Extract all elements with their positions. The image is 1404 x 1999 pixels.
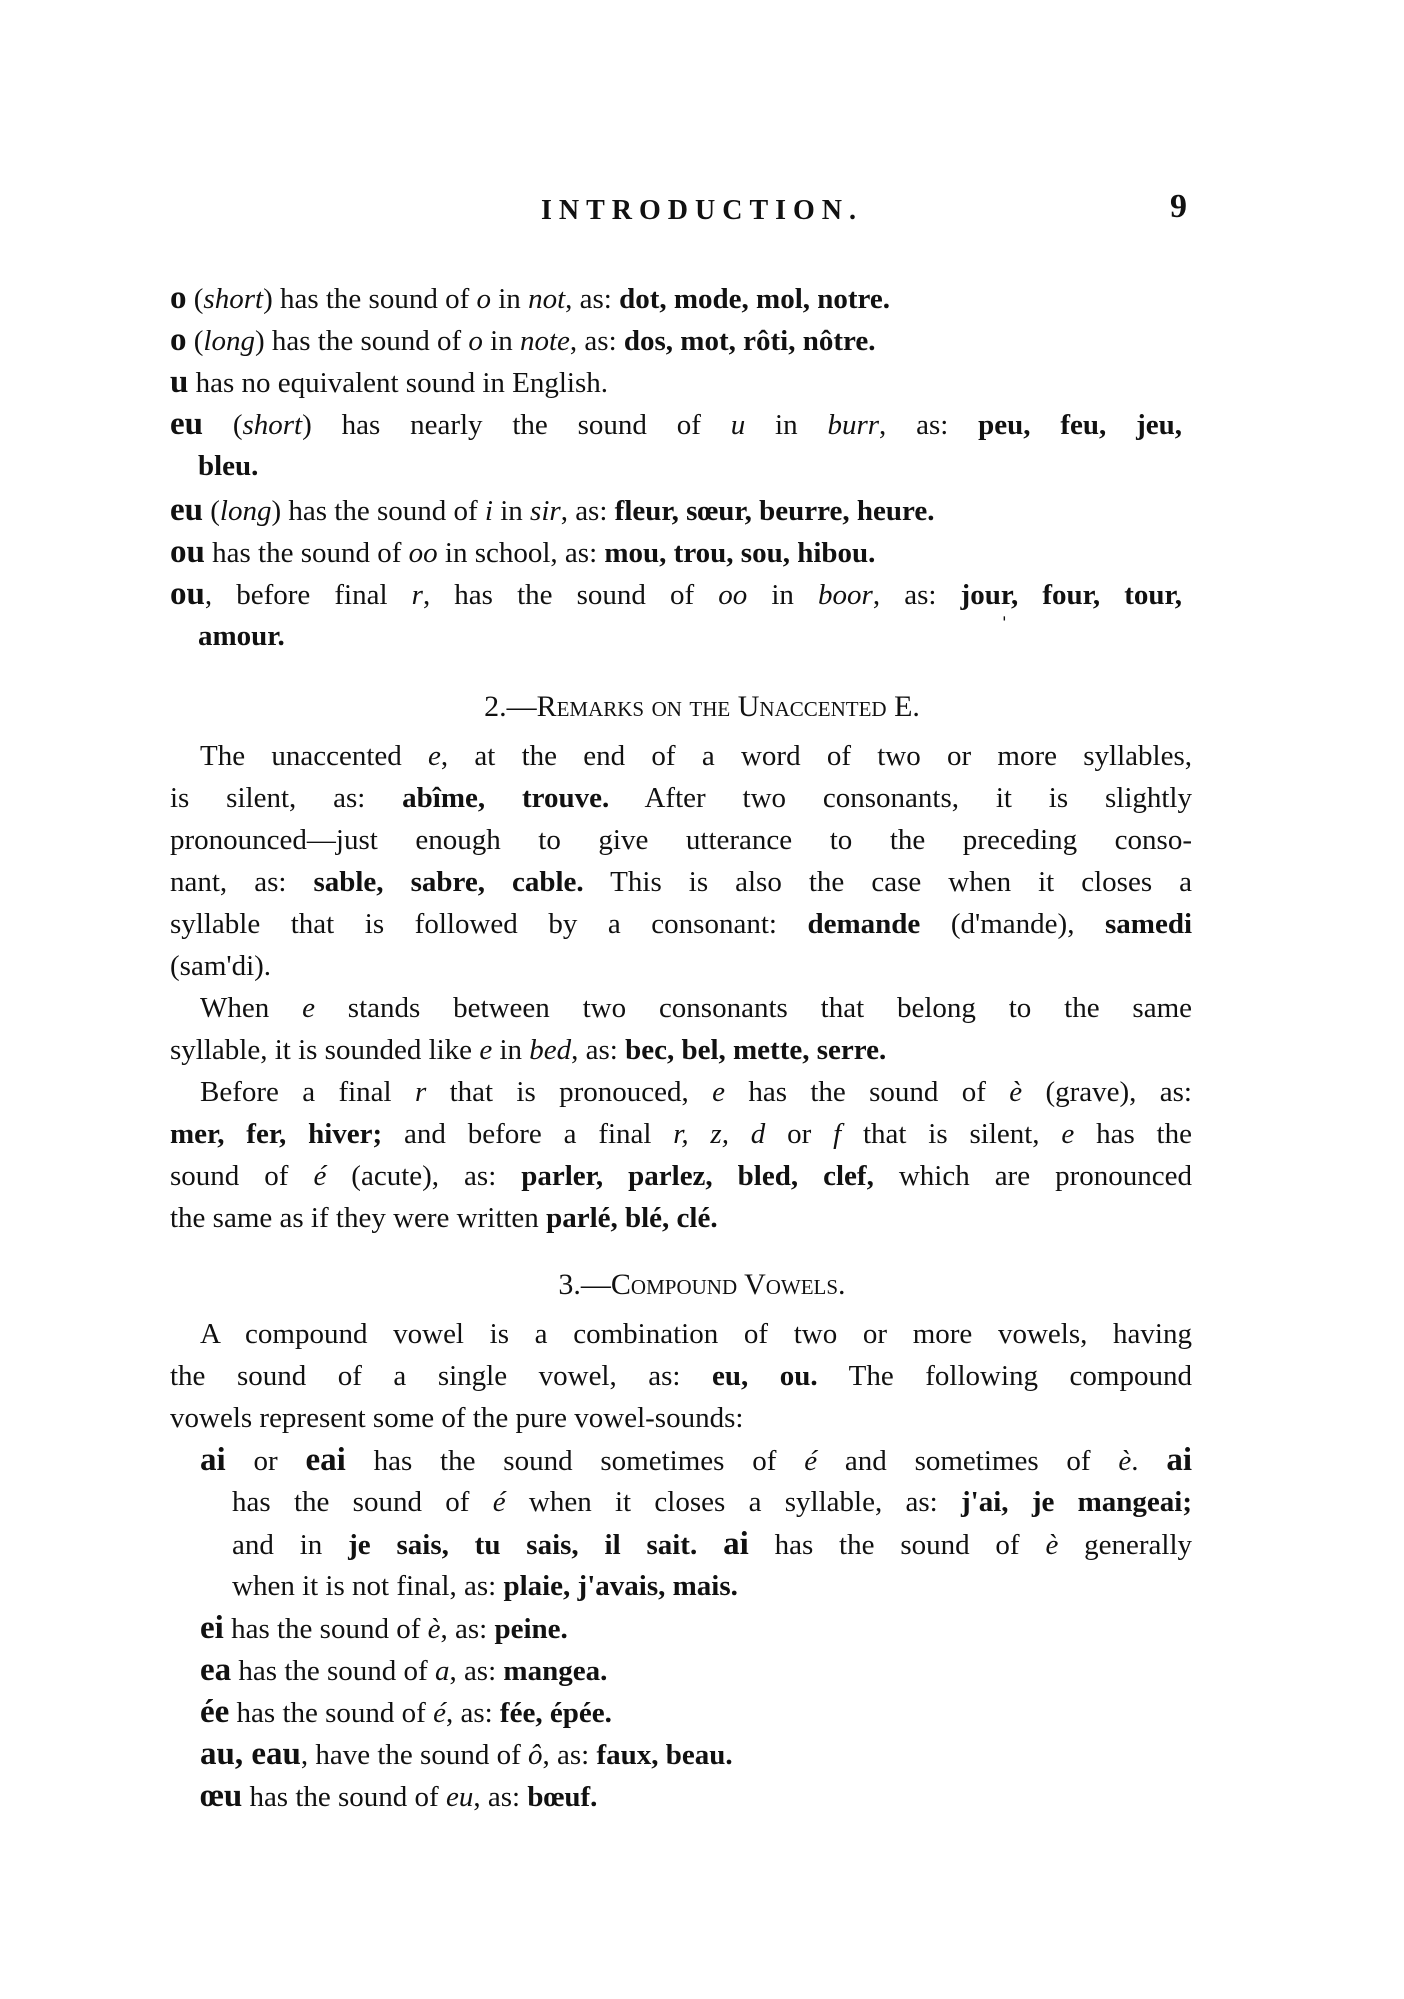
s2-line-10: mer, fer, hiver; and before a final r, z… <box>170 1114 1192 1154</box>
s2-line-9: Before a final r that is pronouced, e ha… <box>200 1072 1192 1112</box>
s3-item-ee: ée has the sound of é, as: fée, épée. <box>200 1692 1222 1733</box>
s3-item-ai-2: has the sound of é when it closes a syll… <box>232 1482 1192 1522</box>
vowel-ou-before-r-cont: amour. <box>198 616 1220 656</box>
section-3-heading: 3.—Compound Vowels. <box>0 1268 1404 1302</box>
s3-intro-2: the sound of a single vowel, as: eu, ou.… <box>170 1356 1192 1396</box>
s2-line-6: (sam'di). <box>170 946 1192 986</box>
book-page: INTRODUCTION. 9 o (short) has the sound … <box>0 0 1404 1999</box>
s2-line-3: pronounced—just enough to give utterance… <box>170 820 1192 860</box>
running-title: INTRODUCTION. <box>0 195 1404 227</box>
s2-line-12: the same as if they were written parlé, … <box>170 1198 1192 1238</box>
section-2-heading: 2.—Remarks on the Unaccented E. <box>0 690 1404 724</box>
s3-item-ea: ea has the sound of a, as: mangea. <box>200 1650 1222 1691</box>
stray-mark: ˈ <box>1000 612 1009 642</box>
s3-item-ai-1: ai or eai has the sound sometimes of é a… <box>200 1440 1192 1481</box>
vowel-o-long: o (long) has the sound of o in note, as:… <box>170 320 1192 361</box>
s2-line-4: nant, as: sable, sabre, cable. This is a… <box>170 862 1192 902</box>
s3-intro-1: A compound vowel is a combination of two… <box>200 1314 1192 1354</box>
s2-line-5: syllable that is followed by a consonant… <box>170 904 1192 944</box>
vowel-u: u has no equivalent sound in English. <box>170 362 1192 403</box>
vowel-eu-short: eu (short) has nearly the sound of u in … <box>170 404 1182 445</box>
s2-line-8: syllable, it is sounded like e in bed, a… <box>170 1030 1192 1070</box>
s2-line-11: sound of é (acute), as: parler, parlez, … <box>170 1156 1192 1196</box>
vowel-ou: ou has the sound of oo in school, as: mo… <box>170 532 1192 573</box>
page-number: 9 <box>1170 188 1187 226</box>
vowel-ou-before-r: ou, before final r, has the sound of oo … <box>170 574 1182 615</box>
s3-item-au-eau: au, eau, have the sound of ô, as: faux, … <box>200 1734 1222 1775</box>
s3-intro-3: vowels represent some of the pure vowel-… <box>170 1398 1192 1438</box>
s2-line-2: is silent, as: abîme, trouve. After two … <box>170 778 1192 818</box>
s3-item-oeu: œu has the sound of eu, as: bœuf. <box>200 1776 1222 1817</box>
s3-item-ai-4: when it is not final, as: plaie, j'avais… <box>232 1566 1254 1606</box>
vowel-eu-long: eu (long) has the sound of i in sir, as:… <box>170 490 1192 531</box>
s3-item-ei: ei has the sound of è, as: peine. <box>200 1608 1222 1649</box>
s2-line-1: The unaccented e, at the end of a word o… <box>200 736 1192 776</box>
s2-line-7: When e stands between two consonants tha… <box>200 988 1192 1028</box>
vowel-o-short: o (short) has the sound of o in not, as:… <box>170 278 1192 319</box>
s3-item-ai-3: and in je sais, tu sais, il sait. ai has… <box>232 1524 1192 1565</box>
vowel-eu-short-cont: bleu. <box>198 446 1220 486</box>
